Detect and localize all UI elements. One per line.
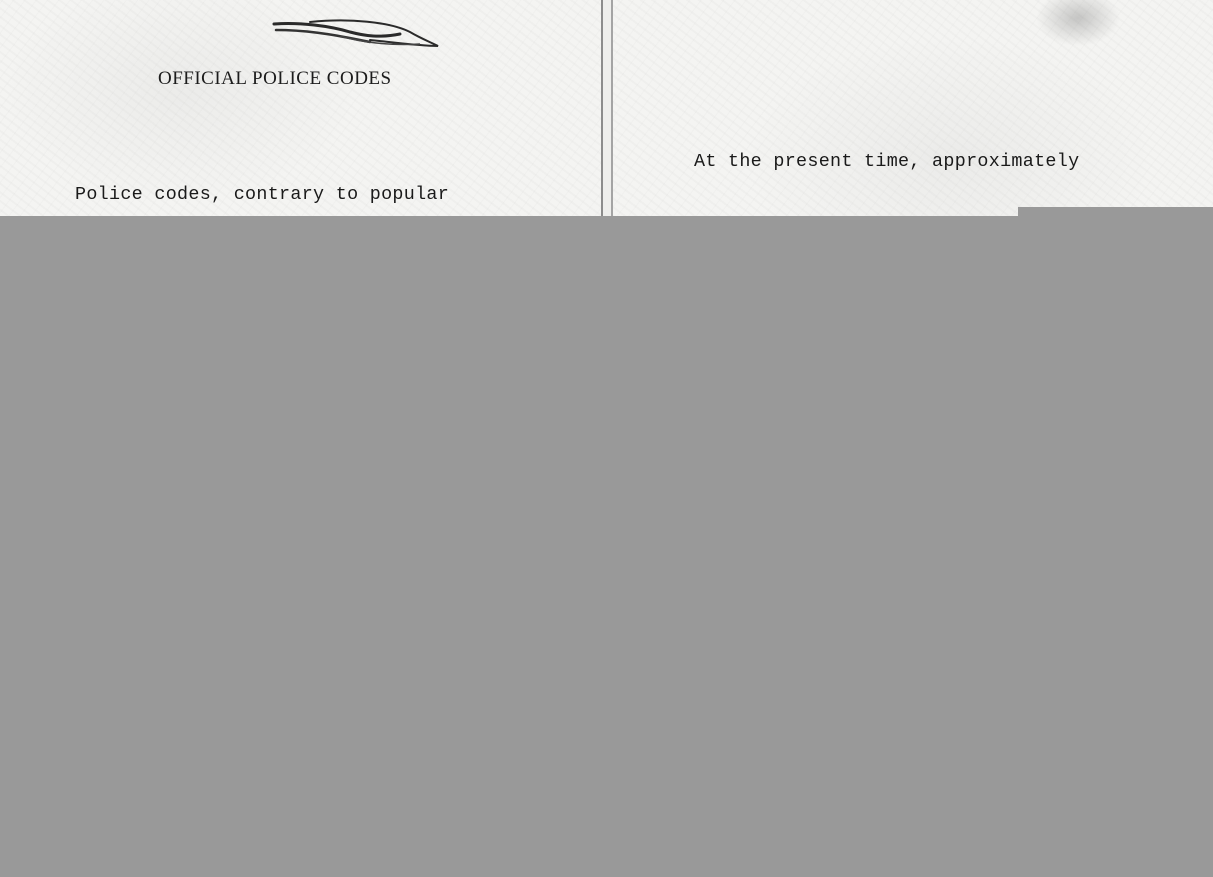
signature-mark-icon	[270, 16, 442, 56]
document-title: OFFICIAL POLICE CODES	[158, 68, 392, 90]
text-line: At the present time, approximately	[694, 150, 1091, 175]
redaction-overlay	[0, 216, 1213, 877]
text-line: Police codes, contrary to popular	[75, 183, 472, 208]
scanned-document: OFFICIAL POLICE CODES Police codes, cont…	[0, 0, 1213, 877]
